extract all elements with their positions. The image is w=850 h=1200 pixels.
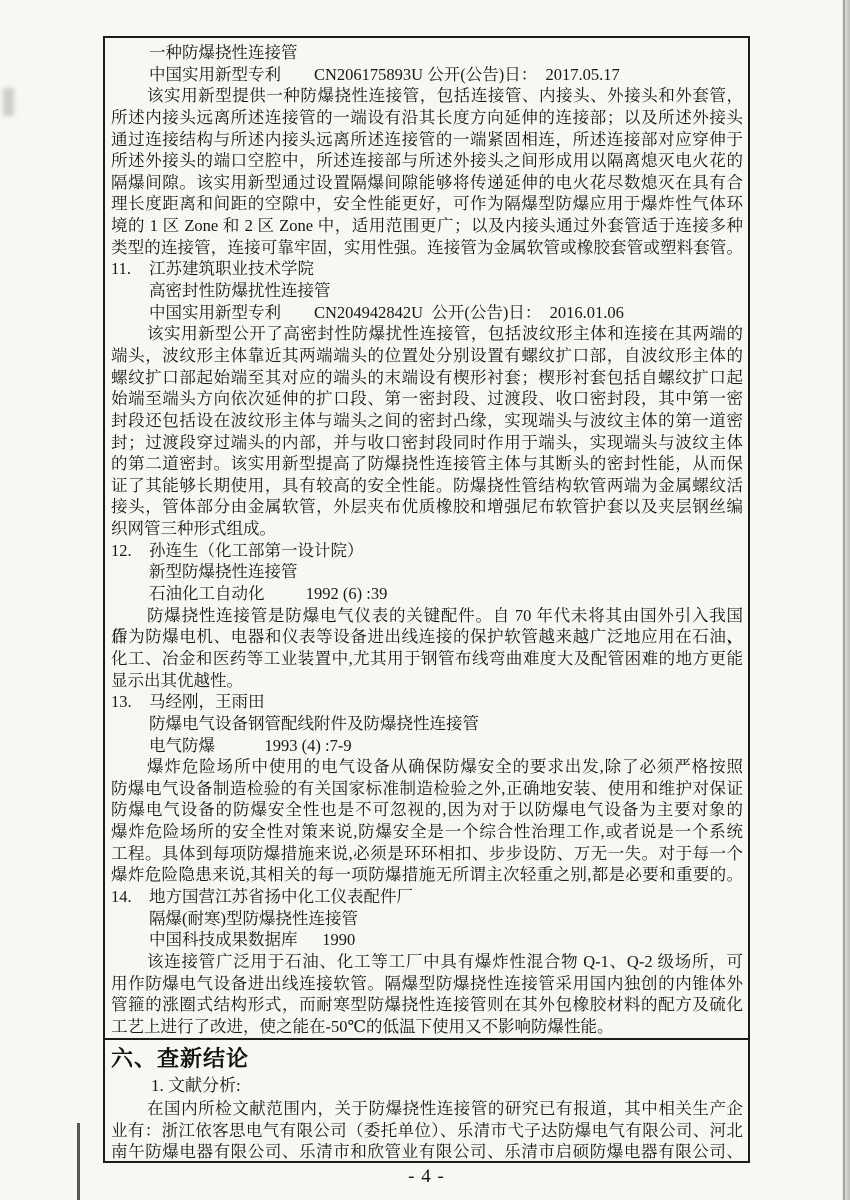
record-title-line: 隔爆(耐寒)型防爆挠性连接管 <box>111 908 743 930</box>
record-number: 13. <box>111 691 149 713</box>
record-title-line: 防爆电气设备钢管配线附件及防爆挠性连接管 <box>111 713 743 735</box>
record-body-line: 显示出其优越性。 <box>111 670 743 692</box>
record-number: 12. <box>111 540 149 562</box>
record-body-line: 工艺上进行了改进，使之能在-50℃的低温下使用又不影响防爆性能。 <box>111 1016 743 1038</box>
conclusion-body: 在国内所检文献范围内，关于防爆挠性连接管的研究已有报道，其中相关生产企业有：浙江… <box>111 1098 743 1163</box>
record-body-line: 作为防爆电机、电器和仪表等设备进出线连接的保护软管越来越广泛地应用在石油、 <box>111 626 743 648</box>
record-meta-line: 石油化工自动化 1992 (6) :39 <box>111 583 743 605</box>
record-body-line: 所述内接头远离所述连接管的一端设有沿其长度方向延伸的连接部；以及所述外接头 <box>111 107 743 129</box>
record-number-line: 13.马经刚，王雨田 <box>111 691 743 713</box>
scan-artifact-mark <box>77 1123 80 1200</box>
record-body-line: 通过连接结构与所述内接头远离所述连接管的一端紧固相连，所述连接部对应穿伸于 <box>111 129 743 151</box>
record-body-line: 该实用新型提供一种防爆挠性连接管，包括连接管、内接头、外接头和外套管， <box>111 85 743 107</box>
record-title-line: 一种防爆挠性连接管 <box>111 42 743 64</box>
record-source: 江苏建筑职业技术学院 <box>149 259 314 278</box>
record-body-line: 工程。具体到每项防爆措施来说,必须是环环相扣、步步设防、万无一失。对于每一个 <box>111 843 743 865</box>
record-body-line: 防爆挠性连接管是防爆电气仪表的关键配件。自 70 年代未将其由国外引入我国后， <box>111 605 743 627</box>
record-body-line: 类型的连接管，连接可靠牢固，实用性强。连接管为金属软管或橡胶套管或塑料套管。 <box>111 237 743 259</box>
record-body-line: 理长度距离和间距的空隙中，安全性能更好，可作为隔爆型防爆应用于爆炸性气体环 <box>111 193 743 215</box>
record-body-line: 化工、冶金和医药等工业装置中,尤其用于钢管布线弯曲难度大及配管困难的地方更能 <box>111 648 743 670</box>
scan-artifact-smudge <box>3 88 14 116</box>
record-body-line: 螺纹扩口部起始端至其对应的端头的末端设有楔形衬套；楔形衬套包括自螺纹扩口起 <box>111 367 743 389</box>
record-meta-line: 中国科技成果数据库 1990 <box>111 929 743 951</box>
record-body-line: 始端至端头方向依次延伸的扩口段、第一密封段、过渡段、收口密封段，其中第一密 <box>111 388 743 410</box>
record-number-line: 14.地方国营江苏省扬中化工仪表配件厂 <box>111 886 743 908</box>
record-body-line: 封段还包括设在波纹形主体与端头之间的密封凸缘，实现端头与波纹主体的第一道密 <box>111 410 743 432</box>
page-number: - 4 - <box>103 1166 750 1188</box>
document-border-box: 一种防爆挠性连接管中国实用新型专利 CN206175893U 公开(公告)日： … <box>103 36 750 1163</box>
conclusion-body-line: 南午防爆电器有限公司、乐清市和欣管业有限公司、乐清市启硕防爆电器有限公司、 <box>111 1141 743 1163</box>
record-number: 14. <box>111 886 149 908</box>
conclusion-body-line: 业有：浙江依客思电气有限公司（委托单位）、乐清市弋子达防爆电气有限公司、河北 <box>111 1120 743 1142</box>
scan-edge-line <box>843 0 845 1200</box>
record-body-line: 证了其能够长期使用，具有较高的安全性能。防爆挠性管结构软管两端为金属螺纹活 <box>111 475 743 497</box>
record-body-line: 该连接管广泛用于石油、化工等工厂中具有爆炸性混合物 Q-1、Q-2 级场所，可 <box>111 951 743 973</box>
record-body-line: 防爆电气设备制造检验的有关国家标准制造检验之外,正确地安装、使用和维护对保证 <box>111 778 743 800</box>
record-source: 地方国营江苏省扬中化工仪表配件厂 <box>149 887 413 906</box>
scanned-page: 一种防爆挠性连接管中国实用新型专利 CN206175893U 公开(公告)日： … <box>0 0 850 1200</box>
record-body-line: 的第二道密封。该实用新型提高了防爆挠性连接管主体与其断头的密封性能，从而保 <box>111 453 743 475</box>
record-meta-line: 中国实用新型专利 CN206175893U 公开(公告)日： 2017.05.1… <box>111 64 743 86</box>
record-body-line: 用作防爆电气设备进出线连接软管。隔爆型防爆挠性连接管采用国内独创的内锥体外 <box>111 973 743 995</box>
record-body-line: 该实用新型公开了高密封性防爆扰性连接管，包括波纹形主体和连接在其两端的 <box>111 323 743 345</box>
record-body-line: 织网管三种形式组成。 <box>111 518 743 540</box>
record-body-line: 隔爆间隙。该实用新型通过设置隔爆间隙能够将传递延伸的电火花尽数熄灭在具有合 <box>111 172 743 194</box>
record-title-line: 新型防爆挠性连接管 <box>111 561 743 583</box>
record-title-line: 高密封性防爆扰性连接管 <box>111 280 743 302</box>
conclusion-subheading: 1. 文献分析: <box>111 1074 743 1098</box>
record-body-line: 防爆电气设备的防爆安全性也是不可忽视的,因为对于以防爆电气设备为主要对象的 <box>111 799 743 821</box>
record-body-line: 爆炸危险场所中使用的电气设备从确保防爆安全的要求出发,除了必须严格按照 <box>111 756 743 778</box>
record-source: 马经刚，王雨田 <box>149 692 265 711</box>
record-body-line: 端头，波纹形主体靠近其两端端头的位置处分别设置有螺纹扩口部，自波纹形主体的 <box>111 345 743 367</box>
conclusion-section: 六、查新结论 1. 文献分析: 在国内所检文献范围内，关于防爆挠性连接管的研究已… <box>105 1040 748 1163</box>
record-body-line: 爆炸危险隐患来说,其相关的每一项防爆措施无所谓主次轻重之别,都是必要和重要的。 <box>111 864 743 886</box>
record-body-line: 管箍的涨圈式结构形式，而耐寒型防爆挠性连接管则在其外包橡胶材料的配方及硫化 <box>111 994 743 1016</box>
record-body-line: 爆炸危险场所的安全性对策来说,防爆安全是一个综合性治理工作,或者说是一个系统 <box>111 821 743 843</box>
record-meta-line: 电气防爆 1993 (4) :7-9 <box>111 735 743 757</box>
record-body-line: 境的 1 区 Zone 和 2 区 Zone 中，适用范围更广；以及内接头通过外… <box>111 215 743 237</box>
record-source: 孙连生（化工部第一设计院） <box>149 541 364 560</box>
record-body-line: 接头，管体部分由金属软管，外层夹布优质橡胶和增强尼布软管护套以及夹层钢丝编 <box>111 496 743 518</box>
record-meta-line: 中国实用新型专利 CN204942842U 公开(公告)日： 2016.01.0… <box>111 302 743 324</box>
literature-records-section: 一种防爆挠性连接管中国实用新型专利 CN206175893U 公开(公告)日： … <box>105 38 748 1040</box>
record-number-line: 11.江苏建筑职业技术学院 <box>111 258 743 280</box>
conclusion-body-line: 在国内所检文献范围内，关于防爆挠性连接管的研究已有报道，其中相关生产企 <box>111 1098 743 1120</box>
record-number: 11. <box>111 258 149 280</box>
record-body-line: 封；过渡段穿过端头的内部，并与收口密封段同时作用于端头，实现端头与波纹主体 <box>111 432 743 454</box>
conclusion-heading: 六、查新结论 <box>111 1043 743 1074</box>
record-number-line: 12.孙连生（化工部第一设计院） <box>111 540 743 562</box>
record-body-line: 所述外接头的端口空腔中，所述连接部与所述外接头之间形成用以隔离熄灭电火花的 <box>111 150 743 172</box>
